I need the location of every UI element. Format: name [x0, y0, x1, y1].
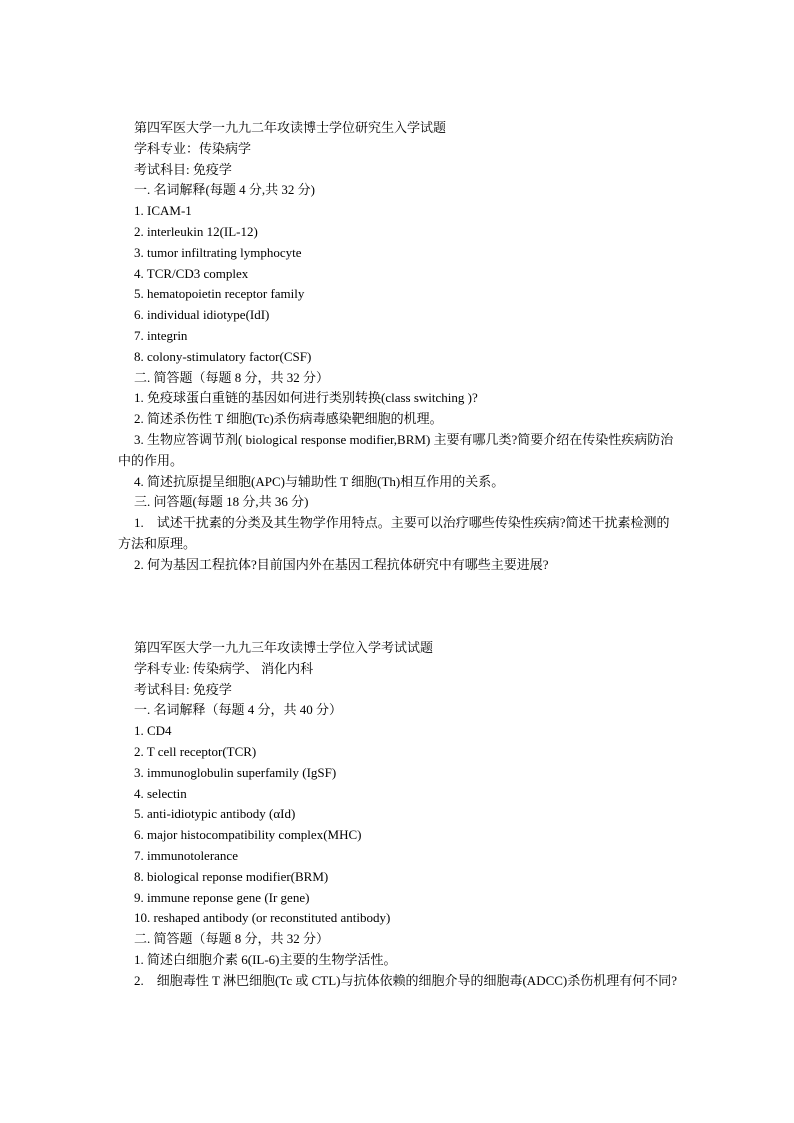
exam-subject: 考试科目: 免疫学 — [118, 160, 678, 181]
question: 4. 简述抗原提呈细胞(APC)与辅助性 T 细胞(Th)相互作用的关系。 — [118, 472, 678, 493]
section-heading: 二. 简答题（每题 8 分，共 32 分） — [118, 368, 678, 389]
list-item: 5. hematopoietin receptor family — [118, 284, 678, 305]
list-item: 4. selectin — [118, 784, 678, 805]
list-item: 3. tumor infiltrating lymphocyte — [118, 243, 678, 264]
list-item: 1. ICAM-1 — [118, 201, 678, 222]
section-heading: 二. 简答题（每题 8 分，共 32 分） — [118, 929, 678, 950]
exam-1993: 第四军医大学一九九三年攻读博士学位入学考试试题 学科专业: 传染病学、 消化内科… — [118, 638, 678, 992]
exam-subject: 考试科目: 免疫学 — [118, 680, 678, 701]
list-item: 2. interleukin 12(IL-12) — [118, 222, 678, 243]
list-item: 4. TCR/CD3 complex — [118, 264, 678, 285]
list-item: 7. integrin — [118, 326, 678, 347]
list-item: 8. biological reponse modifier(BRM) — [118, 867, 678, 888]
document-page: 第四军医大学一九九二年攻读博士学位研究生入学试题 学科专业：传染病学 考试科目:… — [0, 0, 794, 1123]
exam-title: 第四军医大学一九九二年攻读博士学位研究生入学试题 — [118, 118, 678, 139]
question: 1. 简述白细胞介素 6(IL-6)主要的生物学活性。 — [118, 950, 678, 971]
list-item: 3. immunoglobulin superfamily (IgSF) — [118, 763, 678, 784]
list-item: 9. immune reponse gene (Ir gene) — [118, 888, 678, 909]
section-heading: 一. 名词解释（每题 4 分，共 40 分） — [118, 700, 678, 721]
exam-title: 第四军医大学一九九三年攻读博士学位入学考试试题 — [118, 638, 678, 659]
list-item: 6. individual idiotype(IdI) — [118, 305, 678, 326]
exam-1992: 第四军医大学一九九二年攻读博士学位研究生入学试题 学科专业：传染病学 考试科目:… — [118, 118, 678, 576]
list-item: 10. reshaped antibody (or reconstituted … — [118, 908, 678, 929]
section-heading: 三. 问答题(每题 18 分,共 36 分) — [118, 492, 678, 513]
question: 1. 试述干扰素的分类及其生物学作用特点。主要可以治疗哪些传染性疾病?简述干扰素… — [118, 513, 678, 555]
list-item: 2. T cell receptor(TCR) — [118, 742, 678, 763]
question: 2. 何为基因工程抗体?目前国内外在基因工程抗体研究中有哪些主要进展? — [118, 555, 678, 576]
list-item: 8. colony-stimulatory factor(CSF) — [118, 347, 678, 368]
exam-major: 学科专业: 传染病学、 消化内科 — [118, 659, 678, 680]
list-item: 6. major histocompatibility complex(MHC) — [118, 825, 678, 846]
question: 3. 生物应答调节剂( biological response modifier… — [118, 430, 678, 472]
question: 2. 简述杀伤性 T 细胞(Tc)杀伤病毒感染靶细胞的机理。 — [118, 409, 678, 430]
exam-major: 学科专业：传染病学 — [118, 139, 678, 160]
list-item: 7. immunotolerance — [118, 846, 678, 867]
list-item: 5. anti-idiotypic antibody (αId) — [118, 804, 678, 825]
question: 1. 免疫球蛋白重链的基因如何进行类别转换(class switching )? — [118, 388, 678, 409]
list-item: 1. CD4 — [118, 721, 678, 742]
question: 2. 细胞毒性 T 淋巴细胞(Tc 或 CTL)与抗体依赖的细胞介导的细胞毒(A… — [118, 971, 678, 992]
section-heading: 一. 名词解释(每题 4 分,共 32 分) — [118, 180, 678, 201]
